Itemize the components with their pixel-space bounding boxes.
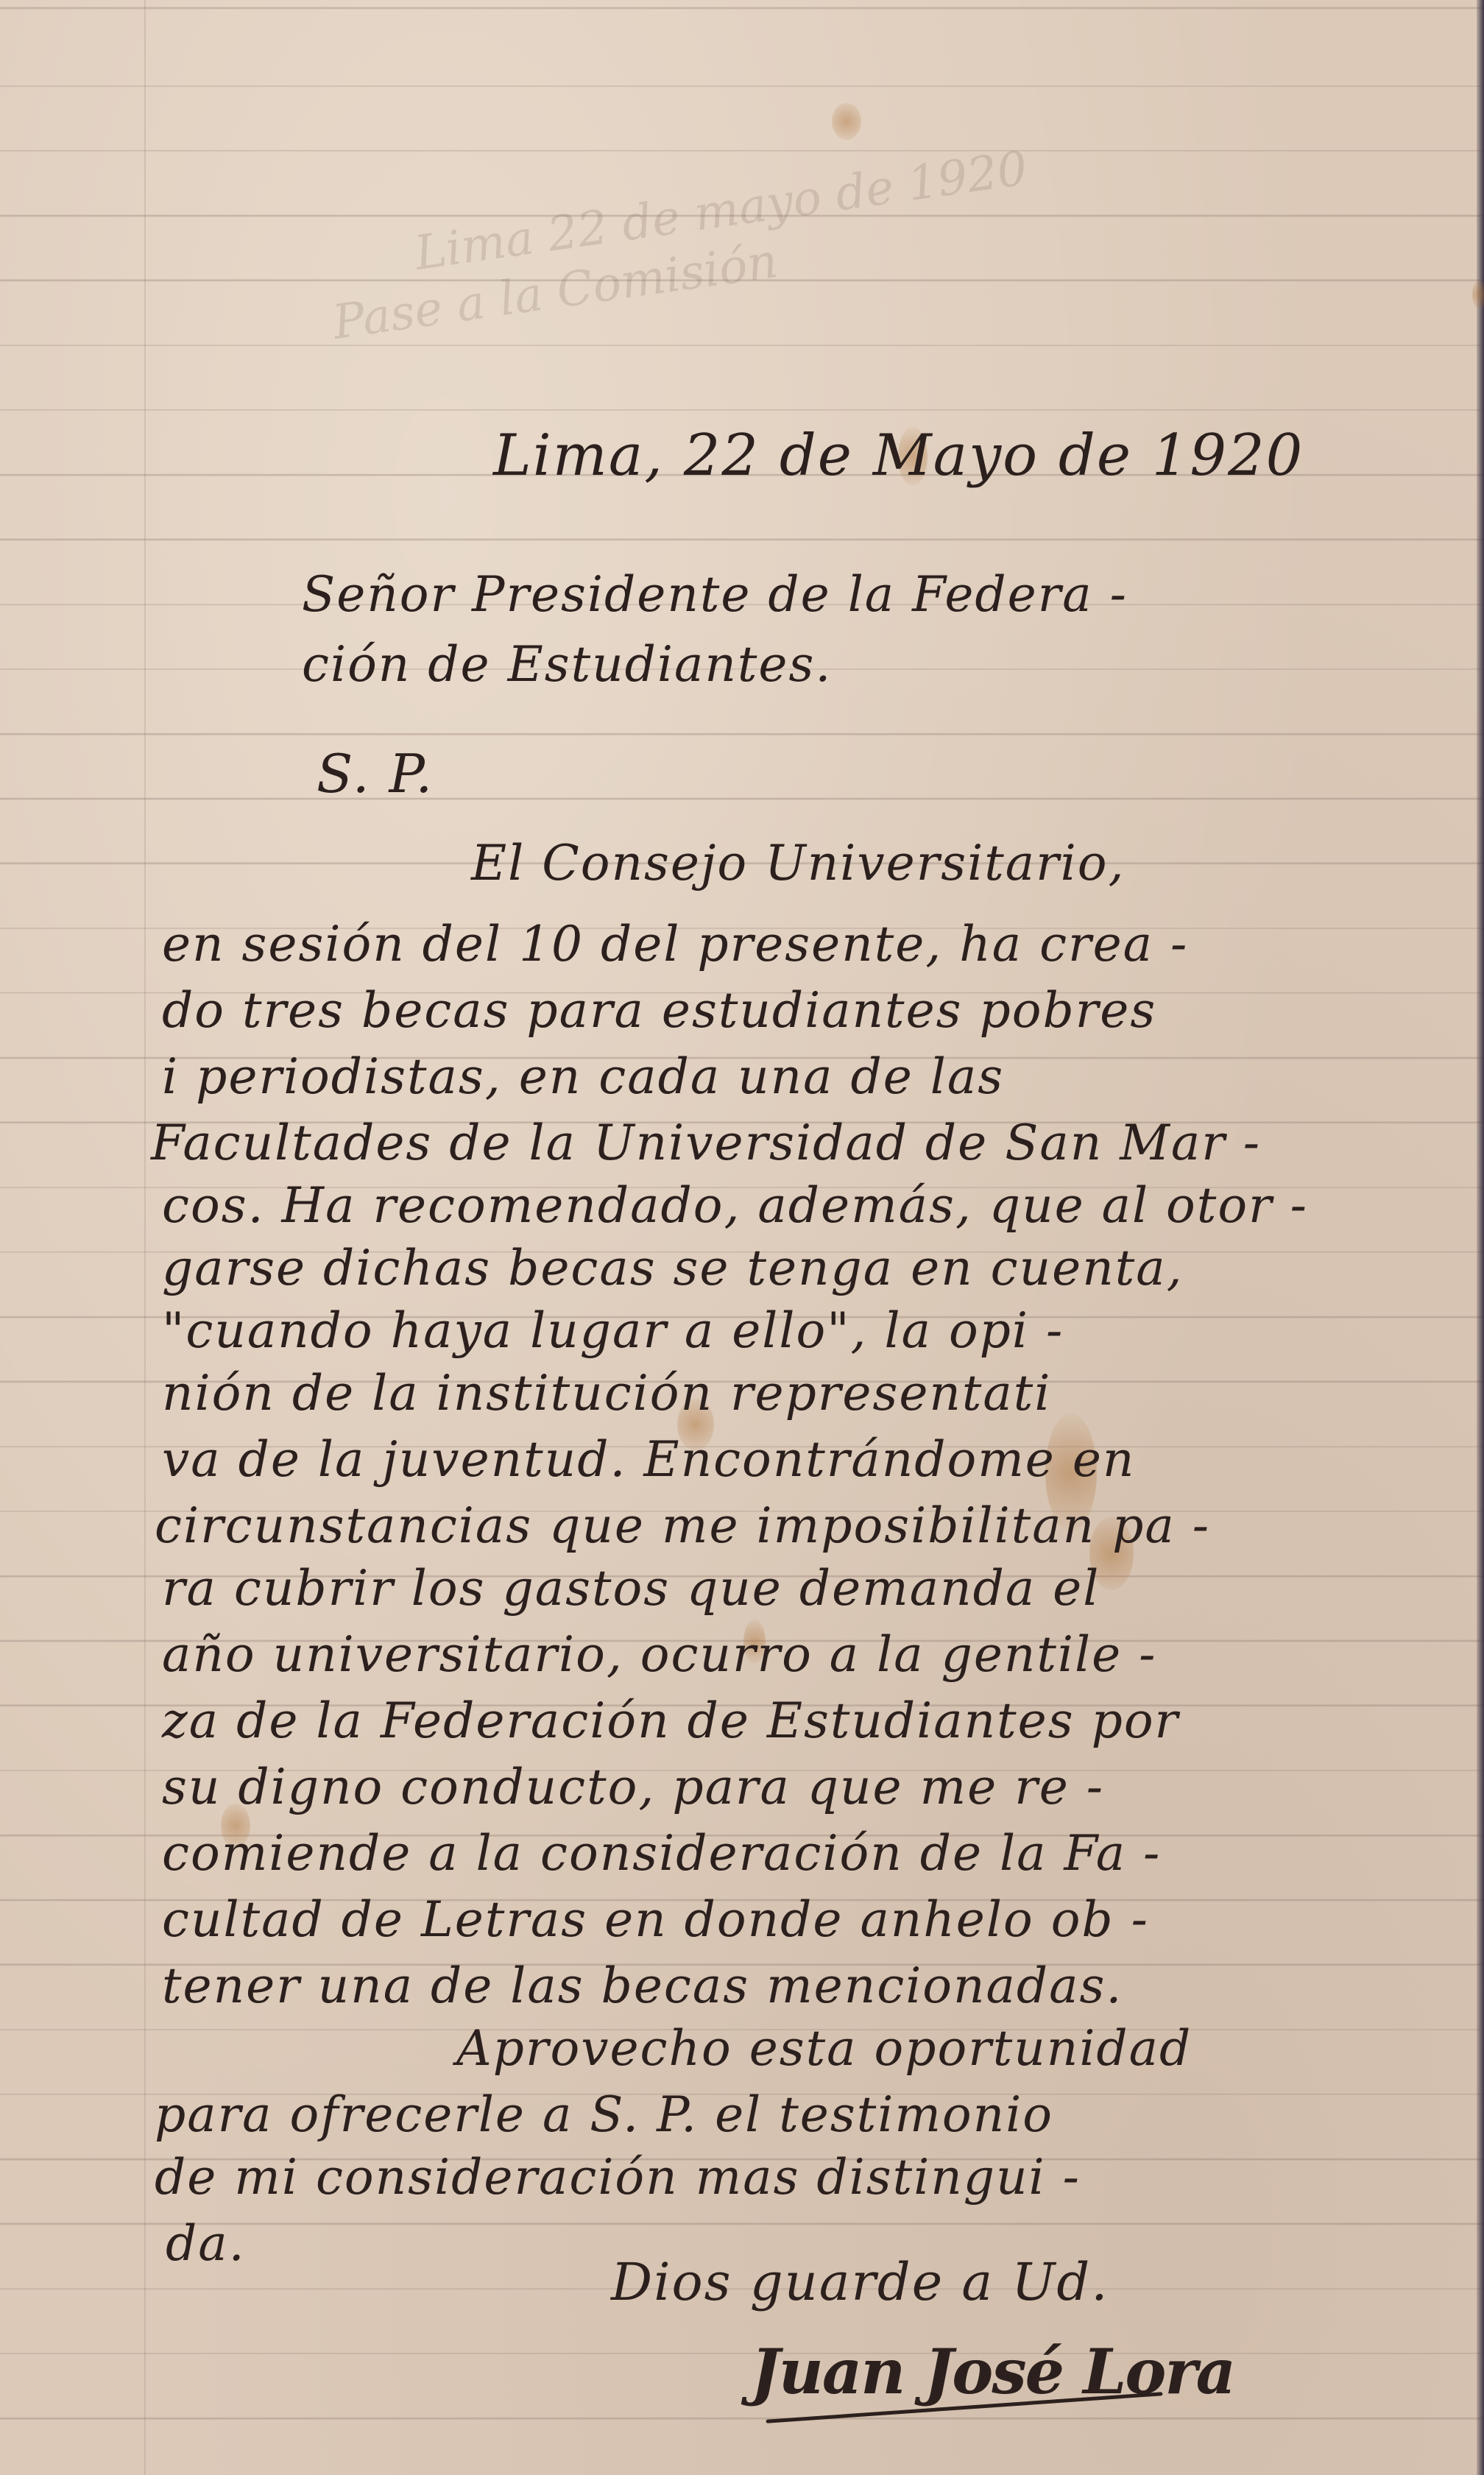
salutation: S. P. — [317, 747, 434, 800]
body-line: para ofrecerle a S. P. el testimonio — [155, 2091, 1053, 2139]
body-line: ra cubrir los gastos que demanda el — [162, 1564, 1100, 1613]
body-line: "cuando haya lugar a ello", la opi - — [162, 1307, 1064, 1355]
body-line: en sesión del 10 del presente, ha crea - — [162, 920, 1188, 969]
letter-page: Lima 22 de mayo de 1920 Pase a la Comisi… — [0, 0, 1484, 2475]
page-edge-shadow — [1477, 0, 1484, 2475]
body-line: za de la Federación de Estudiantes por — [162, 1697, 1179, 1745]
body-line: garse dichas becas se tenga en cuenta, — [162, 1244, 1184, 1293]
body-line: circunstancias que me imposibilitan pa - — [155, 1502, 1210, 1550]
body-line: i periodistas, en cada una de las — [162, 1053, 1004, 1101]
addressee-line-2: ción de Estudiantes. — [302, 640, 832, 689]
body-line: nión de la institución representati — [162, 1369, 1051, 1418]
body-line: da. — [166, 2220, 246, 2268]
closing: Dios guarde a Ud. — [611, 2256, 1109, 2308]
foxing-stain — [1472, 280, 1484, 309]
body-line: comiende a la consideración de la Fa - — [162, 1829, 1161, 1878]
body-line: do tres becas para estudiantes pobres — [162, 986, 1156, 1035]
body-line: su digno conducto, para que me re - — [162, 1763, 1104, 1812]
body-line: va de la juventud. Encontrándome en — [162, 1436, 1135, 1484]
body-line: Aprovecho esta oportunidad — [456, 2024, 1192, 2073]
date-line: Lima, 22 de Mayo de 1920 — [493, 427, 1304, 484]
body-line: El Consejo Universitario, — [471, 839, 1125, 888]
body-line: de mi consideración mas distingui - — [155, 2153, 1081, 2202]
foxing-stain — [832, 103, 861, 140]
body-line: tener una de las becas mencionadas. — [162, 1962, 1123, 2010]
addressee-line-1: Señor Presidente de la Federa - — [302, 571, 1128, 619]
body-line: año universitario, ocurro a la gentile - — [162, 1631, 1156, 1679]
body-line: cos. Ha recomendado, además, que al otor… — [162, 1182, 1308, 1230]
margin-line — [144, 0, 146, 2475]
body-line: Facultades de la Universidad de San Mar … — [151, 1119, 1261, 1168]
body-line: cultad de Letras en donde anhelo ob - — [162, 1896, 1149, 1944]
